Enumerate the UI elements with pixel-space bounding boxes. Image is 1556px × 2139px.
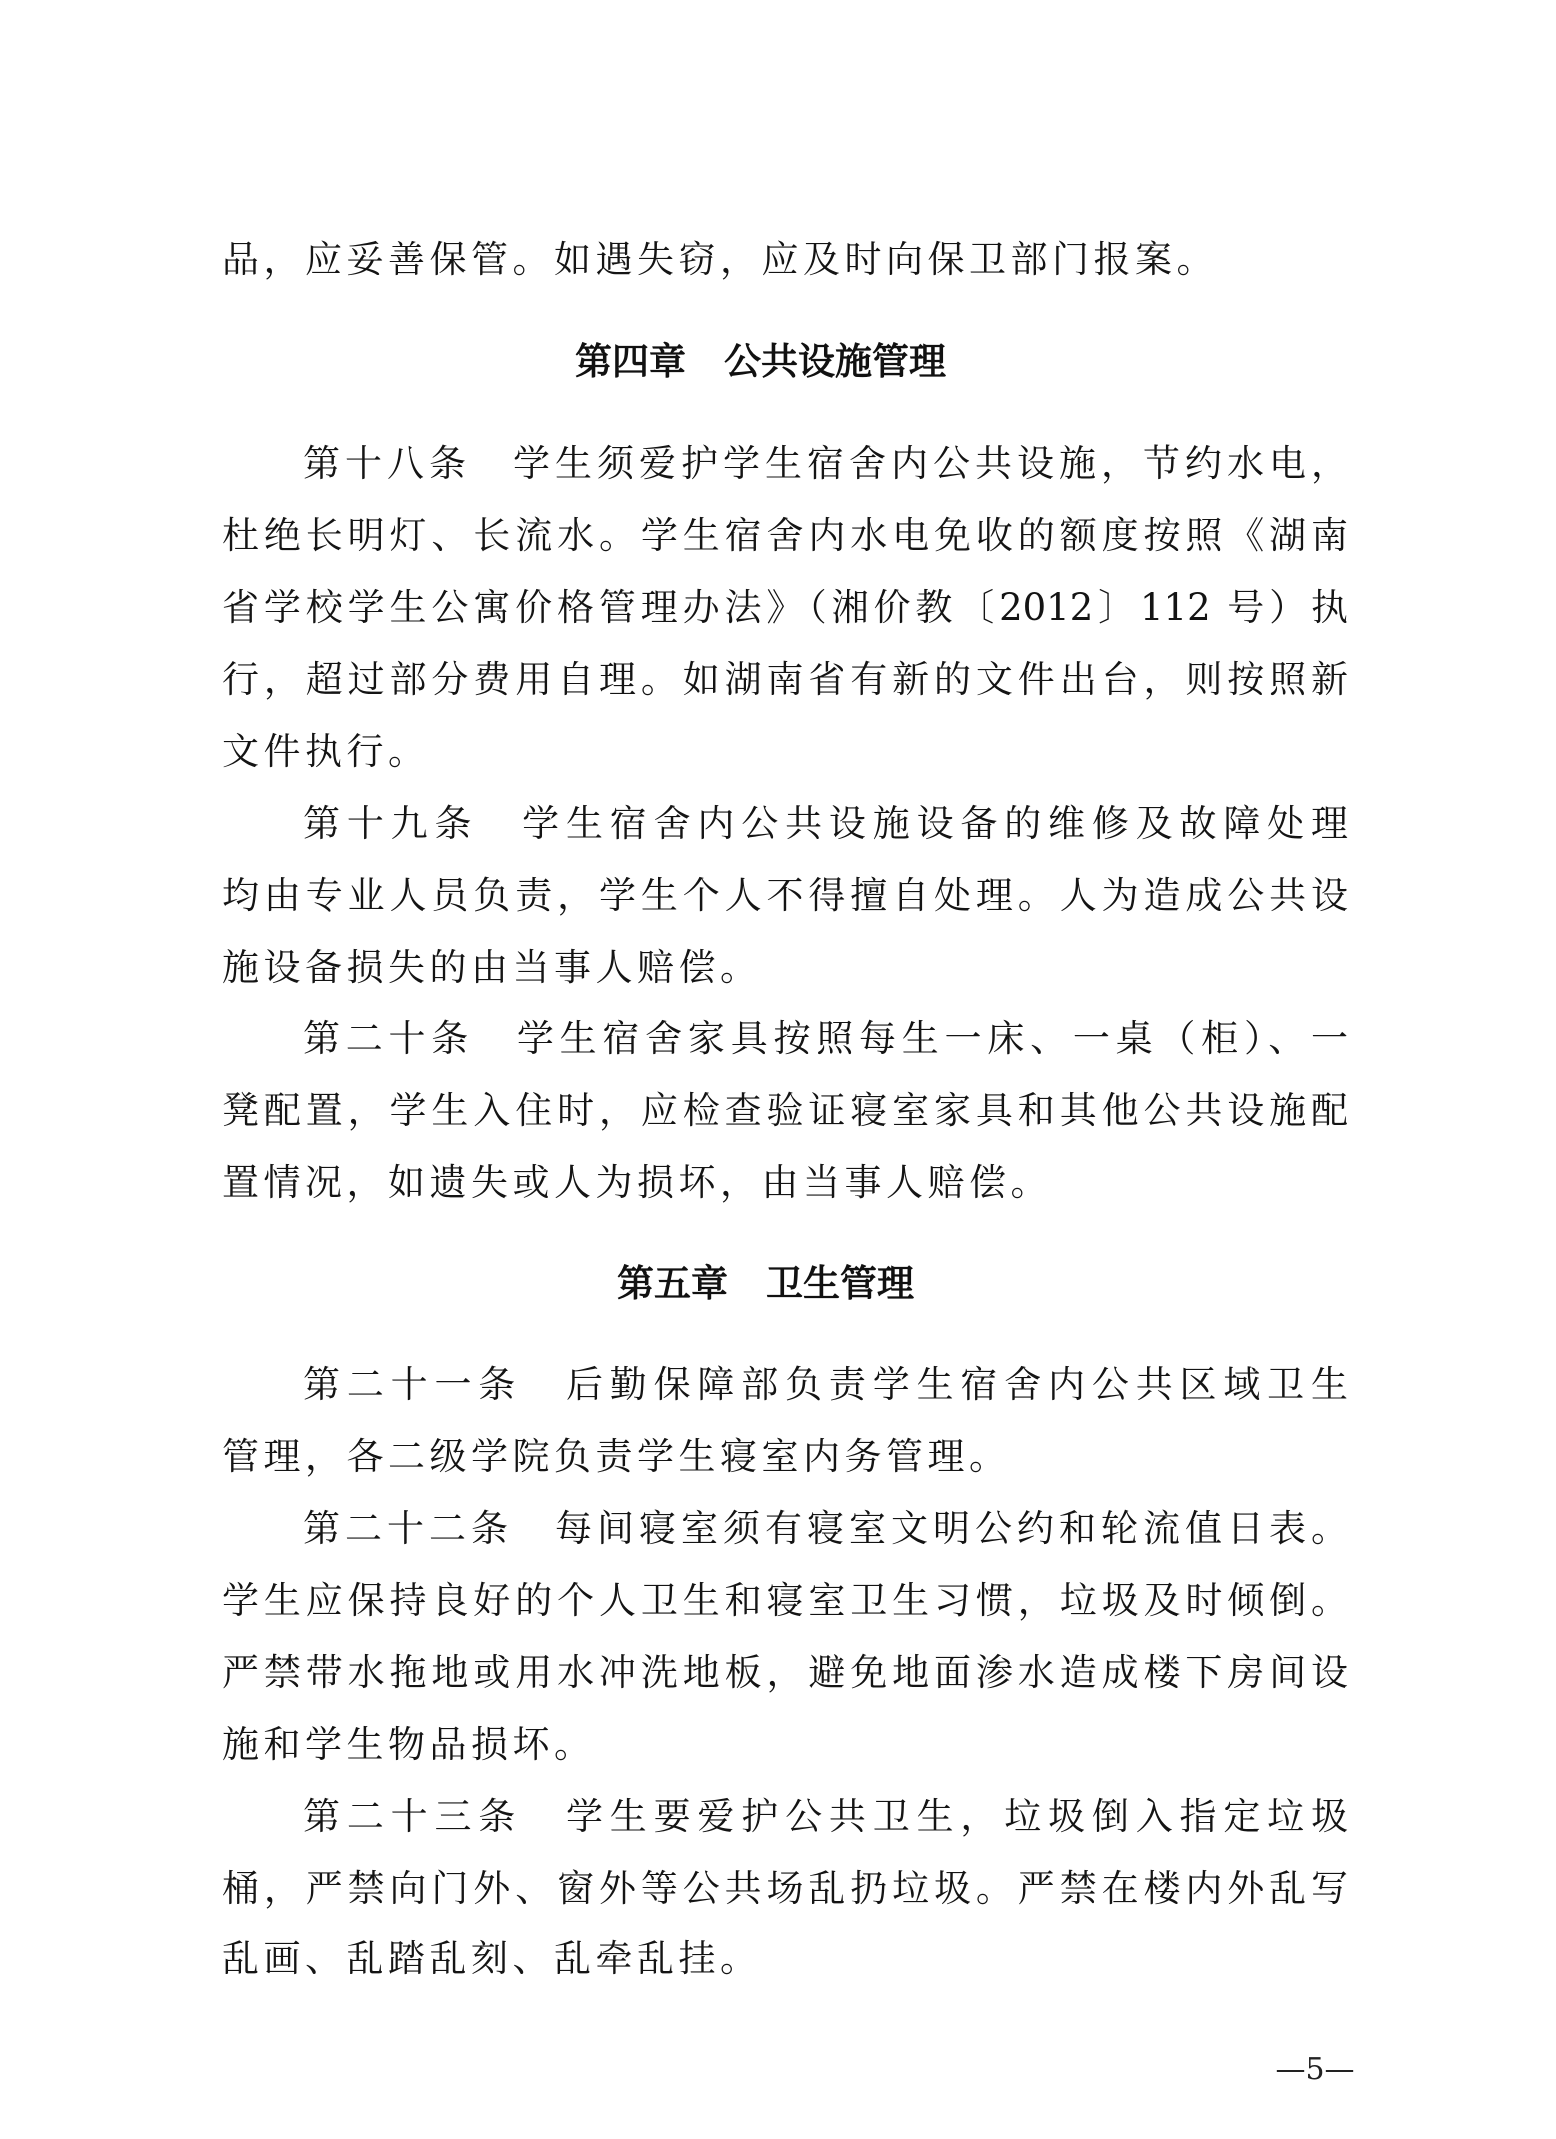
article-21-line-2: 管理，各二级学院负责学生寝室内务管理。: [222, 1434, 1348, 1480]
article-18-line-3: 省学校学生公寓价格管理办法》（湘价教〔2012〕112 号）执: [222, 585, 1348, 631]
article-18-line-2: 杜绝长明灯、长流水。学生宿舍内水电免收的额度按照《湖南: [222, 513, 1348, 559]
chapter-number: 第四章: [575, 340, 686, 383]
chapter-heading-4: 第四章公共设施管理: [0, 339, 1556, 385]
text-line: 品，应妥善保管。如遇失窃，应及时向保卫部门报案。: [222, 237, 1348, 283]
article-19-line-1: 第十九条 学生宿舍内公共设施设备的维修及故障处理: [303, 801, 1348, 847]
article-19-line-2: 均由专业人员负责，学生个人不得擅自处理。人为造成公共设: [222, 873, 1348, 919]
article-18-line-1: 第十八条 学生须爱护学生宿舍内公共设施，节约水电，: [303, 441, 1348, 487]
chapter-title: 卫生管理: [766, 1262, 914, 1305]
chapter-title: 公共设施管理: [724, 340, 946, 383]
article-23-line-3: 乱画、乱踏乱刻、乱牵乱挂。: [222, 1936, 1348, 1982]
article-21-line-1: 第二十一条 后勤保障部负责学生宿舍内公共区域卫生: [303, 1362, 1348, 1408]
article-18-line-4: 行，超过部分费用自理。如湖南省有新的文件出台，则按照新: [222, 657, 1348, 703]
article-22-line-2: 学生应保持良好的个人卫生和寝室卫生习惯，垃圾及时倾倒。: [222, 1578, 1348, 1624]
chapter-number: 第五章: [617, 1262, 728, 1305]
article-20-line-2: 凳配置，学生入住时，应检查验证寝室家具和其他公共设施配: [222, 1088, 1348, 1134]
article-20-line-3: 置情况，如遗失或人为损坏，由当事人赔偿。: [222, 1160, 1348, 1206]
article-22-line-1: 第二十二条 每间寝室须有寝室文明公约和轮流值日表。: [303, 1506, 1348, 1552]
article-22-line-3: 严禁带水拖地或用水冲洗地板，避免地面渗水造成楼下房间设: [222, 1650, 1348, 1696]
article-22-line-4: 施和学生物品损坏。: [222, 1722, 1348, 1768]
article-19-line-3: 施设备损失的由当事人赔偿。: [222, 945, 1348, 991]
article-23-line-2: 桶，严禁向门外、窗外等公共场乱扔垃圾。严禁在楼内外乱写: [222, 1866, 1348, 1912]
chapter-heading-5: 第五章卫生管理: [0, 1261, 1556, 1307]
article-23-line-1: 第二十三条 学生要爱护公共卫生，垃圾倒入指定垃圾: [303, 1794, 1348, 1840]
article-18-line-5: 文件执行。: [222, 729, 1348, 775]
document-page: 品，应妥善保管。如遇失窃，应及时向保卫部门报案。 第四章公共设施管理 第十八条 …: [0, 0, 1556, 2139]
page-number: —5—: [1270, 2052, 1360, 2088]
article-20-line-1: 第二十条 学生宿舍家具按照每生一床、一桌（柜）、一: [303, 1016, 1348, 1062]
